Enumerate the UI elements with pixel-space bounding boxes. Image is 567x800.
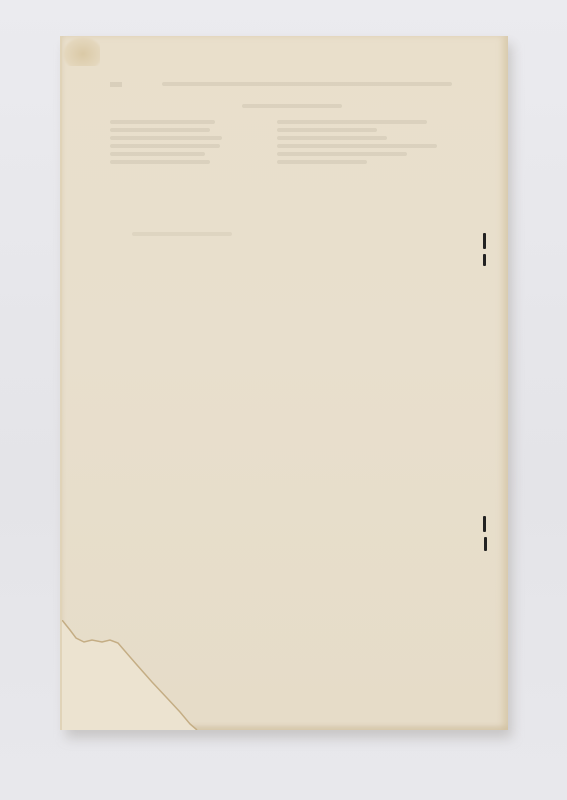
- text-line: [277, 136, 387, 140]
- text-line: [110, 120, 215, 124]
- text-line: [110, 144, 220, 148]
- text-line: [277, 160, 367, 164]
- staple-upper-a: [483, 233, 486, 249]
- text-line: [277, 144, 437, 148]
- text-line: [277, 120, 427, 124]
- subheader-line: [242, 104, 342, 108]
- header-line: [162, 82, 452, 86]
- staple-lower-b: [484, 537, 487, 551]
- staple-upper-b: [483, 254, 486, 266]
- torn-corner-top-left: [62, 36, 100, 66]
- page-number-bleed: [110, 82, 122, 87]
- pamphlet-back-cover: [60, 36, 508, 730]
- mid-line: [132, 232, 232, 236]
- text-line: [110, 160, 210, 164]
- text-line: [110, 128, 210, 132]
- staple-lower-a: [483, 516, 486, 532]
- text-line: [110, 152, 205, 156]
- text-line: [110, 136, 222, 140]
- text-line: [277, 152, 407, 156]
- text-line: [277, 128, 377, 132]
- torn-corner-bottom-left: [62, 620, 212, 730]
